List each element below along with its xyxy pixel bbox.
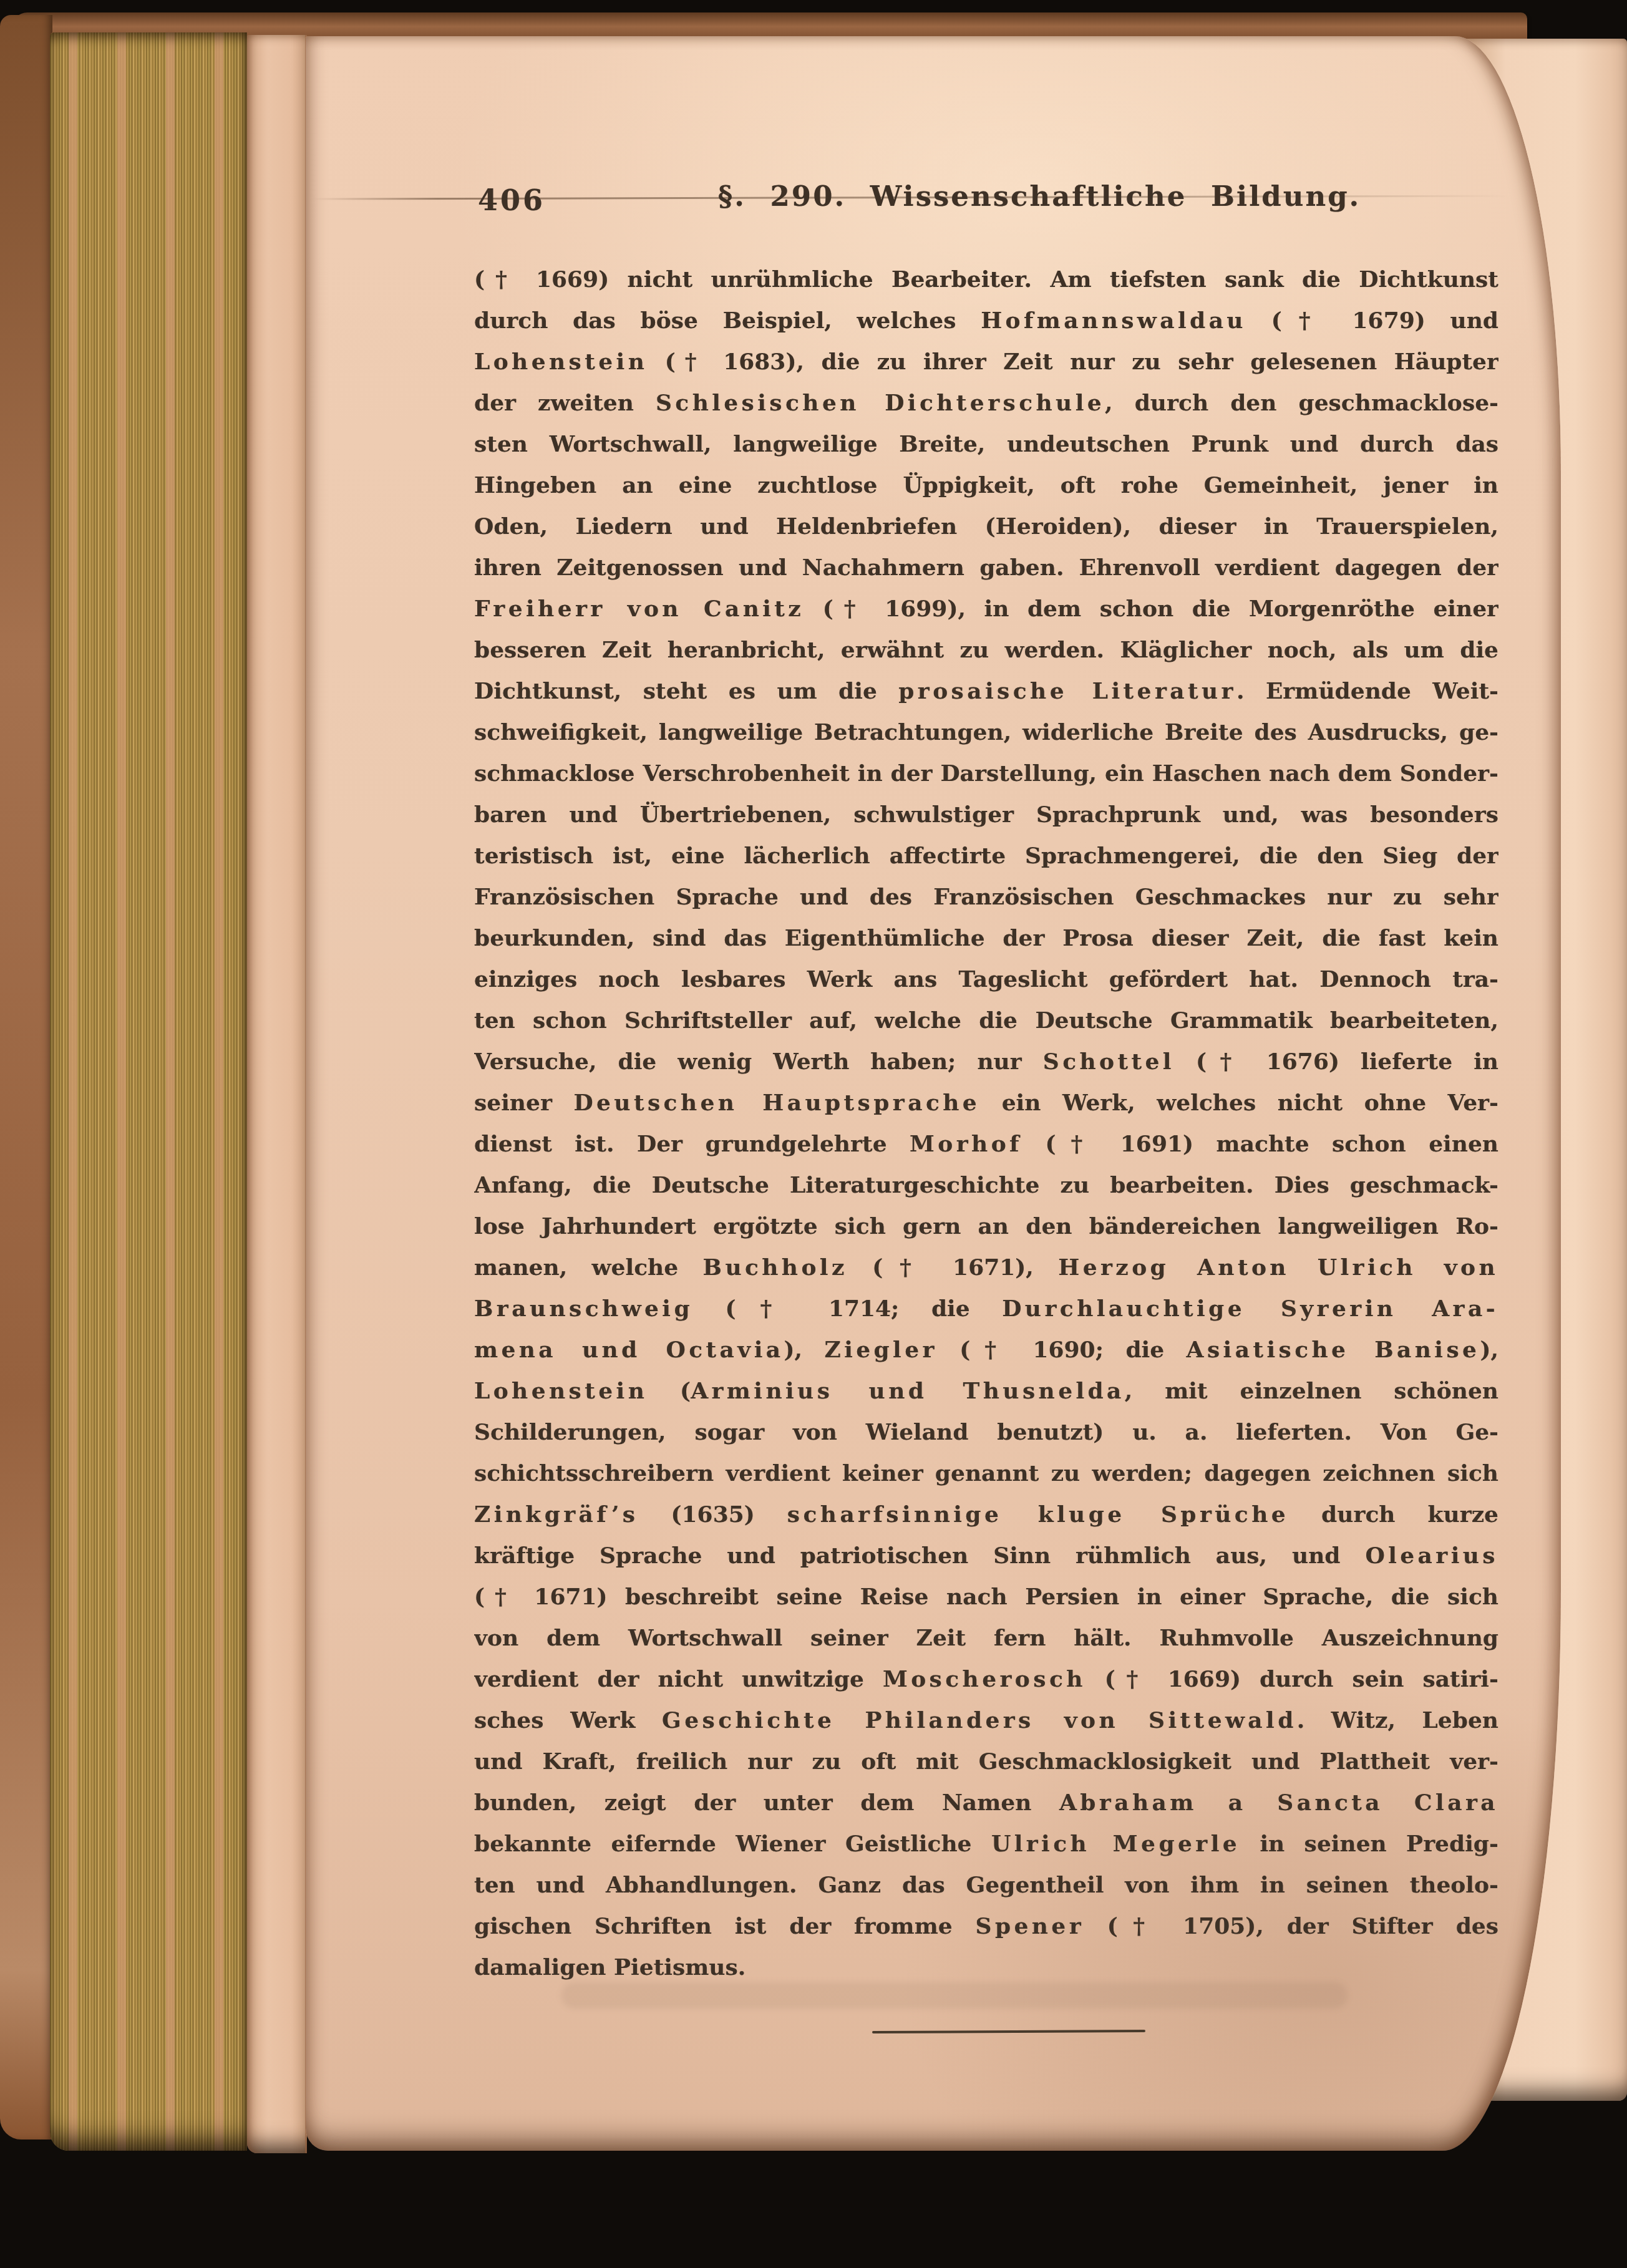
text-line: sten Wortschwall, langweilige Breite, un… bbox=[474, 424, 1498, 465]
text-segment: († 1690; die bbox=[938, 1337, 1187, 1363]
text-segment: schmacklose Verschrobenheit in der Darst… bbox=[474, 760, 1498, 787]
text-segment: († 1671) beschreibt seine Reise nach Per… bbox=[474, 1584, 1498, 1610]
text-line: Französischen Sprache und des Französisc… bbox=[474, 876, 1498, 918]
text-line: damaligen Pietismus. bbox=[474, 1947, 1498, 1988]
text-segment: und Kraft, freilich nur zu oft mit Gesch… bbox=[474, 1748, 1498, 1775]
text-segment: manen, welche bbox=[474, 1254, 703, 1281]
text-segment: ), bbox=[1480, 1337, 1498, 1363]
text-line: Oden, Liedern und Heldenbriefen (Heroide… bbox=[474, 506, 1498, 547]
text-line: baren und Übertriebenen, schwulstiger Sp… bbox=[474, 794, 1498, 835]
section-heading: §. 290. Wissenschaftliche Bildung. bbox=[474, 180, 1498, 213]
text-line: ihren Zeitgenossen und Nachahmern gaben.… bbox=[474, 547, 1498, 588]
emphasized-name: Ziegler bbox=[824, 1337, 937, 1363]
text-line: schichtsschreibern verdient keiner genan… bbox=[474, 1453, 1498, 1494]
text-segment: bunden, zeigt der unter dem Namen bbox=[474, 1790, 1059, 1816]
book-cover-left-edge bbox=[0, 15, 52, 2140]
text-line: Braunschweig († 1714; die Durchlauchtige… bbox=[474, 1288, 1498, 1329]
text-line: dienst ist. Der grundgelehrte Morhof († … bbox=[474, 1123, 1498, 1165]
text-line: gischen Schriften ist der fromme Spener … bbox=[474, 1906, 1498, 1947]
text-line: schweifigkeit, langweilige Betrachtungen… bbox=[474, 712, 1498, 753]
text-segment: lose Jahrhundert ergötzte sich gern an d… bbox=[474, 1213, 1498, 1239]
text-segment: schweifigkeit, langweilige Betrachtungen… bbox=[474, 719, 1498, 745]
text-segment: in seinen Predig- bbox=[1240, 1831, 1498, 1857]
text-segment: († 1669) nicht unrühmliche Bearbeiter. A… bbox=[474, 266, 1498, 293]
text-segment: teristisch ist, eine lächerlich affectir… bbox=[474, 843, 1498, 869]
text-segment: († 1679) und bbox=[1246, 308, 1498, 334]
text-segment: ten und Abhandlungen. Ganz das Gegenthei… bbox=[474, 1872, 1498, 1898]
text-line: einziges noch lesbares Werk ans Tageslic… bbox=[474, 959, 1498, 1000]
emphasized-name: Moscherosch bbox=[883, 1666, 1086, 1692]
text-line: bekannte eifernde Wiener Geistliche Ulri… bbox=[474, 1823, 1498, 1864]
text-line: durch das böse Beispiel, welches Hofmann… bbox=[474, 300, 1498, 341]
text-line: († 1671) beschreibt seine Reise nach Per… bbox=[474, 1576, 1498, 1617]
text-segment: kräftige Sprache und patriotischen Sinn … bbox=[474, 1543, 1365, 1569]
text-segment: schichtsschreibern verdient keiner genan… bbox=[474, 1460, 1498, 1486]
text-line: sches Werk Geschichte Philanders von Sit… bbox=[474, 1700, 1498, 1741]
emphasized-name: scharfsinnige kluge Sprüche bbox=[787, 1501, 1289, 1528]
text-segment: gischen Schriften ist der fromme bbox=[474, 1913, 975, 1939]
text-segment: († 1669) durch sein satiri- bbox=[1086, 1666, 1498, 1692]
text-line: Lohenstein (Arminius und Thusnelda, mit … bbox=[474, 1370, 1498, 1412]
emphasized-name: Schlesischen Dichterschule bbox=[656, 390, 1105, 416]
text-line: besseren Zeit heranbricht, erwähnt zu we… bbox=[474, 629, 1498, 671]
emphasized-name: Olearius bbox=[1365, 1543, 1498, 1569]
emphasized-name: Herzog Anton Ulrich von bbox=[1058, 1254, 1498, 1281]
text-line: teristisch ist, eine lächerlich affectir… bbox=[474, 835, 1498, 876]
page-header: 406 §. 290. Wissenschaftliche Bildung. bbox=[474, 180, 1498, 230]
page-block-fore-edge bbox=[50, 32, 247, 2151]
text-segment: . Ermüdende Weit- bbox=[1236, 678, 1498, 704]
text-segment: Schilderungen, sogar von Wieland benutzt… bbox=[474, 1419, 1498, 1445]
emphasized-name: Schottel bbox=[1043, 1049, 1175, 1075]
text-line: mena und Octavia), Ziegler († 1690; die … bbox=[474, 1329, 1498, 1370]
emphasized-name: Spener bbox=[975, 1913, 1084, 1939]
text-segment: verdient der nicht unwitzige bbox=[474, 1666, 883, 1692]
emphasized-name: Geschichte Philanders von Sittewald bbox=[662, 1707, 1297, 1733]
text-segment: († 1699), in dem schon die Morgenröthe e… bbox=[804, 596, 1498, 622]
text-segment: ), bbox=[784, 1337, 824, 1363]
page-number: 406 bbox=[478, 183, 545, 217]
emphasized-name: Braunschweig bbox=[474, 1296, 693, 1322]
text-segment: Dichtkunst, steht es um die bbox=[474, 678, 898, 704]
text-line: († 1669) nicht unrühmliche Bearbeiter. A… bbox=[474, 259, 1498, 300]
text-line: verdient der nicht unwitzige Moscherosch… bbox=[474, 1659, 1498, 1700]
emphasized-name: Freiherr von Canitz bbox=[474, 596, 804, 622]
text-segment: seiner bbox=[474, 1090, 573, 1116]
text-segment: bekannte eifernde Wiener Geistliche bbox=[474, 1831, 991, 1857]
emphasized-name: Lohenstein bbox=[474, 349, 648, 375]
text-segment: († 1671), bbox=[848, 1254, 1059, 1281]
text-line: Versuche, die wenig Werth haben; nur Sch… bbox=[474, 1041, 1498, 1082]
emphasized-name: Hofmannswaldau bbox=[981, 308, 1246, 334]
text-line: und Kraft, freilich nur zu oft mit Gesch… bbox=[474, 1741, 1498, 1782]
emphasized-name: Deutschen Hauptsprache bbox=[573, 1090, 980, 1116]
emphasized-name: prosaische Literatur bbox=[898, 678, 1236, 704]
text-line: Freiherr von Canitz († 1699), in dem sch… bbox=[474, 588, 1498, 629]
text-segment: Anfang, die Deutsche Literaturgeschichte… bbox=[474, 1172, 1498, 1198]
text-segment: ihren Zeitgenossen und Nachahmern gaben.… bbox=[474, 555, 1498, 581]
text-segment: sten Wortschwall, langweilige Breite, un… bbox=[474, 431, 1498, 457]
text-segment: damaligen Pietismus. bbox=[474, 1954, 746, 1980]
text-segment: († 1714; die bbox=[693, 1296, 1002, 1322]
text-line: seiner Deutschen Hauptsprache ein Werk, … bbox=[474, 1082, 1498, 1123]
text-segment: Oden, Liedern und Heldenbriefen (Heroide… bbox=[474, 513, 1498, 540]
emphasized-name: Durchlauchtige Syrerin Ara- bbox=[1002, 1296, 1498, 1322]
text-line: schmacklose Verschrobenheit in der Darst… bbox=[474, 753, 1498, 794]
text-segment: († 1691) machte schon einen bbox=[1022, 1131, 1498, 1157]
emphasized-name: Arminius und Thusnelda bbox=[691, 1378, 1125, 1404]
text-segment: besseren Zeit heranbricht, erwähnt zu we… bbox=[474, 637, 1498, 663]
text-segment: , durch den geschmacklose- bbox=[1105, 390, 1498, 416]
emphasized-name: Abraham a Sancta Clara bbox=[1059, 1790, 1498, 1816]
text-segment: einziges noch lesbares Werk ans Tageslic… bbox=[474, 966, 1498, 992]
text-line: ten und Abhandlungen. Ganz das Gegenthei… bbox=[474, 1864, 1498, 1906]
text-segment: baren und Übertriebenen, schwulstiger Sp… bbox=[474, 802, 1498, 835]
text-line: Anfang, die Deutsche Literaturgeschichte… bbox=[474, 1165, 1498, 1206]
emphasized-name: Buchholz bbox=[703, 1254, 848, 1281]
text-segment: , mit einzelnen schönen bbox=[1125, 1378, 1498, 1404]
text-line: Lohenstein († 1683), die zu ihrer Zeit n… bbox=[474, 341, 1498, 382]
text-segment: . Witz, Leben bbox=[1297, 1707, 1498, 1733]
text-segment: († 1705), der Stifter des bbox=[1084, 1913, 1498, 1939]
text-line: lose Jahrhundert ergötzte sich gern an d… bbox=[474, 1206, 1498, 1247]
text-segment: († 1676) lieferte in bbox=[1175, 1049, 1498, 1075]
emphasized-name: Morhof bbox=[910, 1131, 1022, 1157]
text-line: beurkunden, sind das Eigenthümliche der … bbox=[474, 918, 1498, 959]
text-segment: dienst ist. Der grundgelehrte bbox=[474, 1131, 910, 1157]
text-segment: Hingeben an eine zuchtlose Üppigkeit, of… bbox=[474, 472, 1498, 498]
text-line: Dichtkunst, steht es um die prosaische L… bbox=[474, 671, 1498, 712]
text-segment: Versuche, die wenig Werth haben; nur bbox=[474, 1049, 1043, 1075]
text-line: kräftige Sprache und patriotischen Sinn … bbox=[474, 1535, 1498, 1576]
text-segment: beurkunden, sind das Eigenthümliche der … bbox=[474, 925, 1498, 951]
text-segment: durch kurze bbox=[1289, 1501, 1498, 1528]
emphasized-name: Zinkgräf’s bbox=[474, 1501, 638, 1528]
emphasized-name: Asiatische Banise bbox=[1187, 1337, 1480, 1363]
text-segment: ten schon Schriftsteller auf, welche die… bbox=[474, 1007, 1498, 1034]
text-line: Hingeben an eine zuchtlose Üppigkeit, of… bbox=[474, 465, 1498, 506]
text-segment: von dem Wortschwall seiner Zeit fern häl… bbox=[474, 1625, 1498, 1651]
text-segment: ein Werk, welches nicht ohne Ver- bbox=[980, 1090, 1498, 1116]
emphasized-name: Lohenstein bbox=[474, 1378, 648, 1404]
text-segment: durch das böse Beispiel, welches bbox=[474, 308, 981, 334]
body-text: († 1669) nicht unrühmliche Bearbeiter. A… bbox=[474, 259, 1498, 1988]
text-line: ten schon Schriftsteller auf, welche die… bbox=[474, 1000, 1498, 1041]
text-segment: sches Werk bbox=[474, 1707, 662, 1733]
stacked-page-edges bbox=[247, 35, 307, 2153]
text-line: von dem Wortschwall seiner Zeit fern häl… bbox=[474, 1617, 1498, 1659]
text-line: bunden, zeigt der unter dem Namen Abraha… bbox=[474, 1782, 1498, 1823]
text-line: manen, welche Buchholz († 1671), Herzog … bbox=[474, 1247, 1498, 1288]
text-segment: (1635) bbox=[638, 1501, 787, 1528]
text-line: Schilderungen, sogar von Wieland benutzt… bbox=[474, 1412, 1498, 1453]
emphasized-name: mena und Octavia bbox=[474, 1337, 784, 1363]
emphasized-name: Ulrich Megerle bbox=[991, 1831, 1240, 1857]
text-line: Zinkgräf’s (1635) scharfsinnige kluge Sp… bbox=[474, 1494, 1498, 1535]
text-segment: († 1683), die zu ihrer Zeit nur zu sehr … bbox=[648, 349, 1498, 375]
text-segment: Französischen Sprache und des Französisc… bbox=[474, 884, 1498, 910]
text-segment: der zweiten bbox=[474, 390, 656, 416]
text-line: der zweiten Schlesischen Dichterschule, … bbox=[474, 382, 1498, 424]
text-segment: ( bbox=[648, 1378, 691, 1404]
